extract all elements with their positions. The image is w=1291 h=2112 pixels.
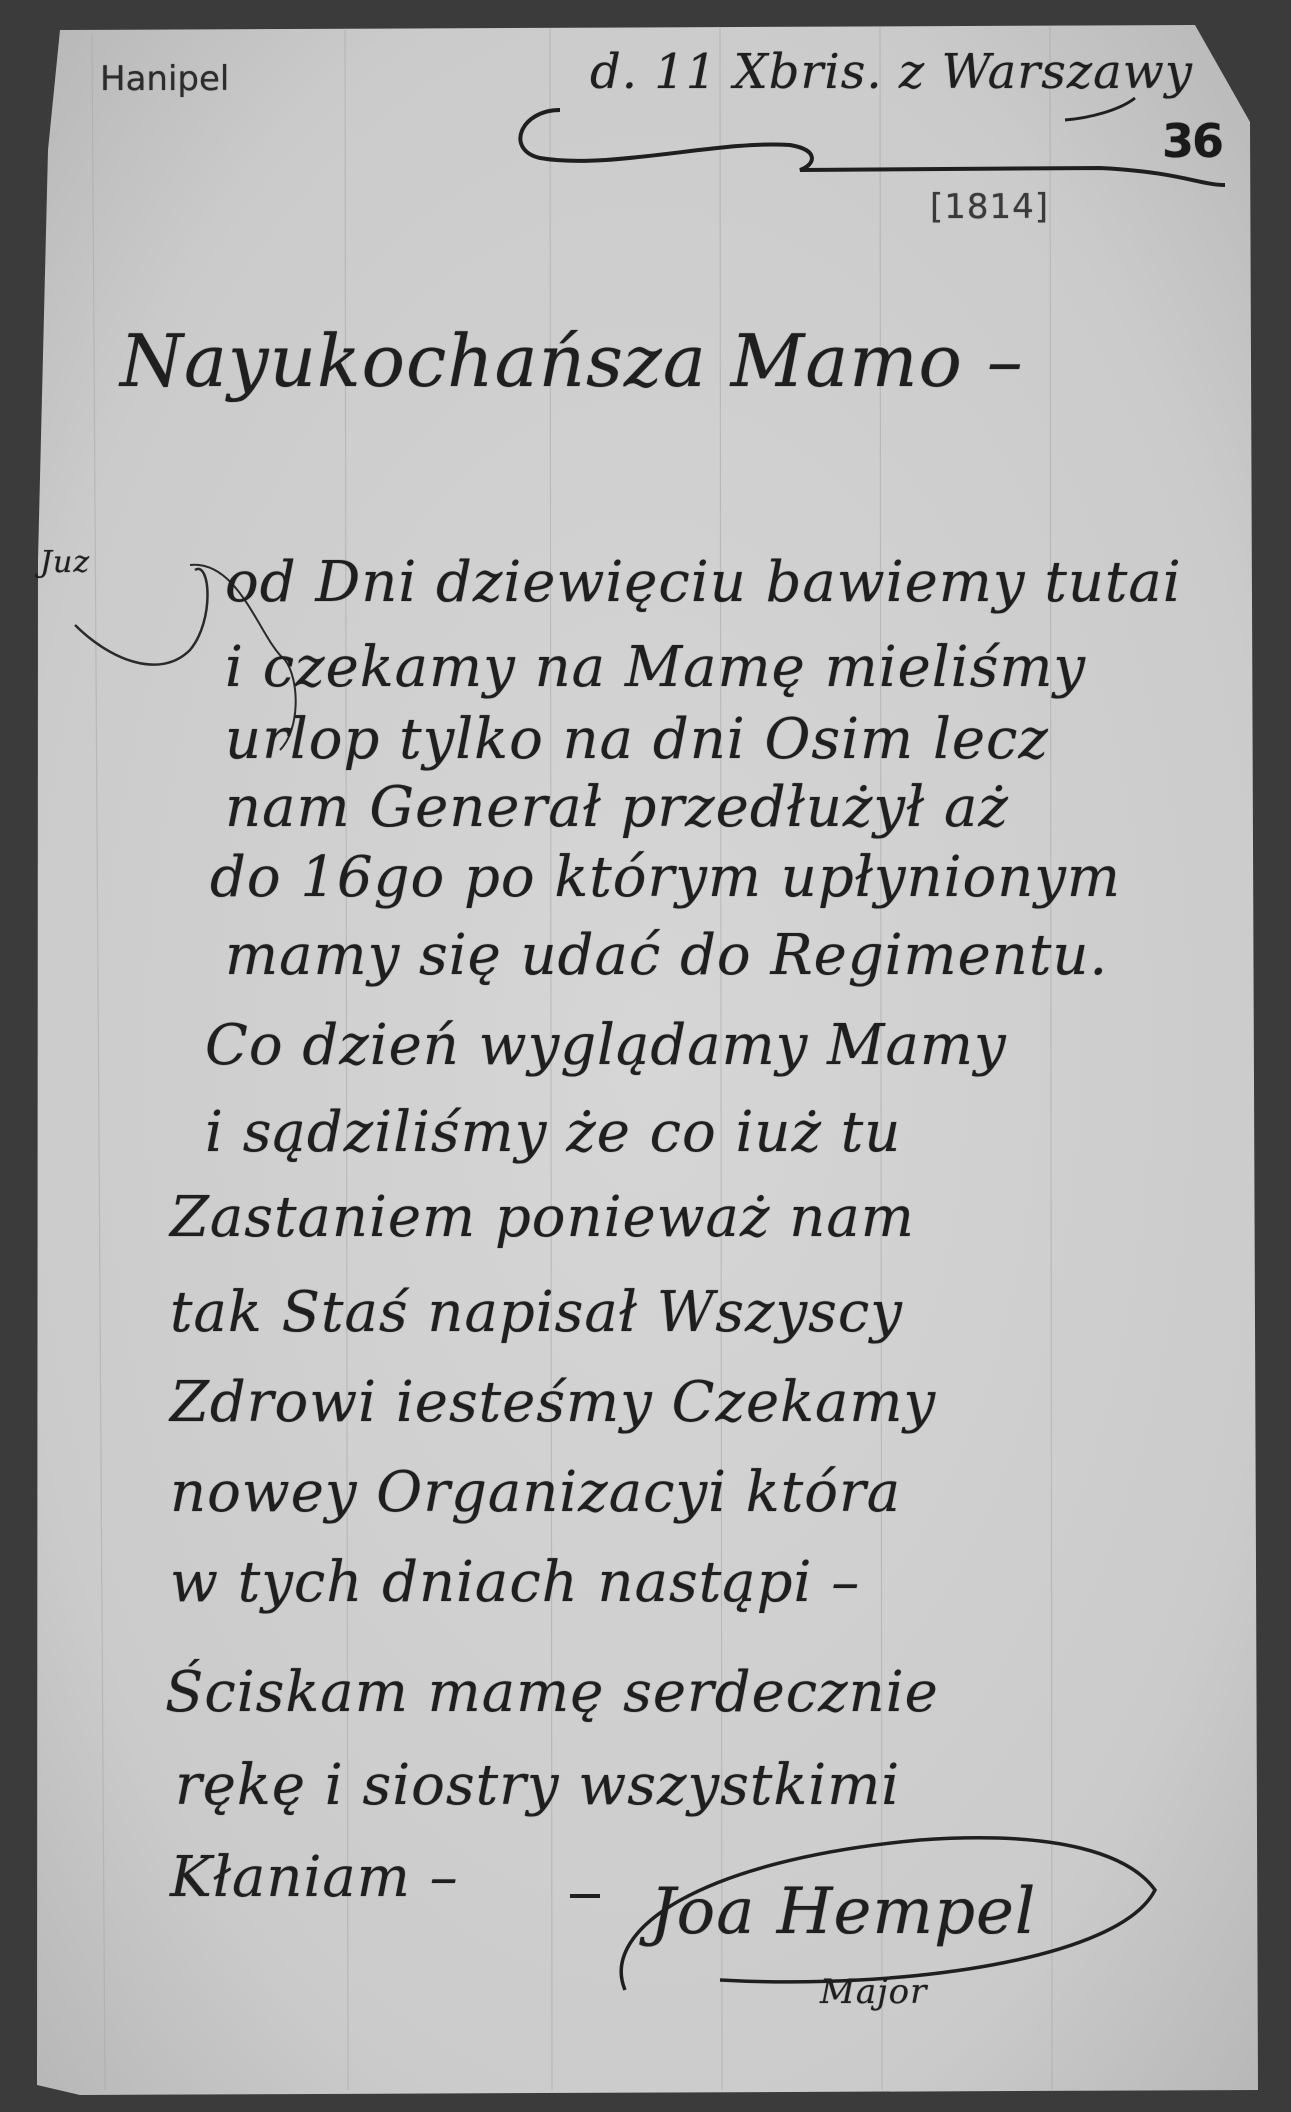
letter-line: Ściskam mamę serdecznie [165, 1665, 939, 1721]
letter-line: Zdrowi iesteśmy Czekamy [170, 1375, 936, 1431]
salutation: Nayukochańsza Mamo – [120, 325, 1024, 397]
letter-line: tak Staś napisał Wszyscy [170, 1285, 903, 1341]
letter-line: nam Generał przedłużył aż [225, 780, 1009, 836]
signature-title: Major [820, 1975, 927, 2009]
archival-year: [1814] [930, 190, 1049, 224]
letter-line: do 16go po którym upłynionym [210, 850, 1121, 906]
dateline: d. 11 Xbris. z Warszawy [590, 48, 1193, 96]
margin-note: Juz [40, 548, 90, 578]
signature: Joa Hempel [650, 1880, 1036, 1944]
letter-line: i sądziliśmy że co iuż tu [205, 1105, 901, 1161]
letter-line: mamy się udać do Regimentu. [225, 928, 1108, 984]
letter-page: Hanipel d. 11 Xbris. z Warszawy 36 [1814… [0, 0, 1291, 2112]
letter-line: nowey Organizacyi która [170, 1465, 901, 1521]
letter-line: Zastaniem ponieważ nam [170, 1190, 915, 1246]
letter-line: Kłaniam – [170, 1850, 459, 1906]
letter-line: w tych dniach nastąpi – [170, 1555, 860, 1611]
pencil-name-note: Hanipel [100, 62, 229, 96]
letter-line: od Dni dziewięciu bawiemy tutai [225, 555, 1182, 611]
letter-line: rękę i siostry wszystkimi [175, 1758, 900, 1814]
letter-line: Co dzień wyglądamy Mamy [205, 1018, 1007, 1074]
letter-line: i czekamy na Mamę mieliśmy [225, 640, 1086, 696]
folio-number: 36 [1162, 118, 1222, 164]
letter-line: urlop tylko na dni Osim lecz [225, 712, 1049, 768]
